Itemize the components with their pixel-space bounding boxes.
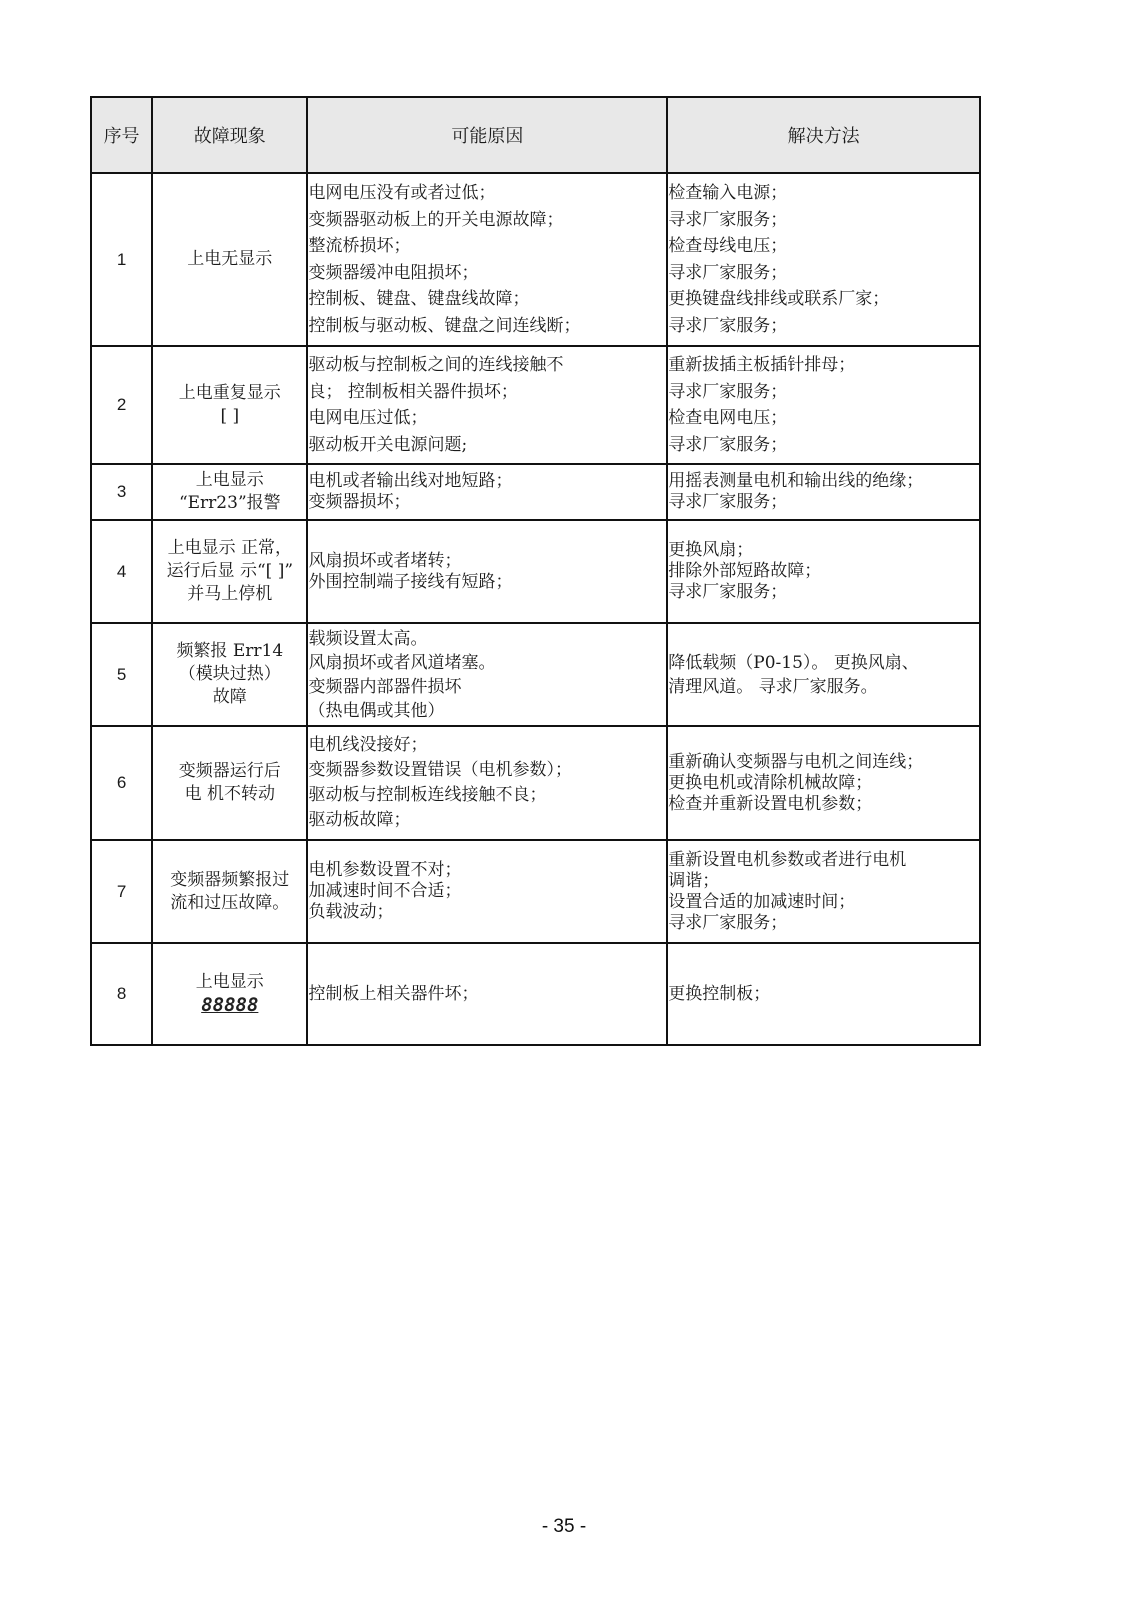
cause-line: 外围控制端子接线有短路； — [308, 572, 666, 593]
row-number: 1 — [91, 173, 152, 346]
row-number: 6 — [91, 726, 152, 840]
symptom-text: 变频器运行后 — [153, 760, 306, 783]
cause-cell: 驱动板与控制板之间的连线接触不 良； 控制板相关器件损坏； 电网电压过低； 驱动… — [307, 346, 667, 464]
cause-line: 风扇损坏或者堵转； — [308, 551, 666, 572]
symptom-text: [ ] — [153, 405, 306, 428]
solution-line: 重新确认变频器与电机之间连线； — [668, 752, 979, 773]
solution-line: 调谐； — [668, 871, 979, 892]
solution-cell: 用摇表测量电机和输出线的绝缘； 寻求厂家服务； — [667, 464, 980, 520]
header-solution: 解决方法 — [667, 97, 980, 173]
table-row: 2 上电重复显示 [ ] 驱动板与控制板之间的连线接触不 良； 控制板相关器件损… — [91, 346, 980, 464]
symptom-text: （模块过热） — [153, 663, 306, 686]
symptom-text: 并马上停机 — [153, 583, 306, 606]
solution-line: 寻求厂家服务； — [668, 913, 979, 934]
cause-line: 电机参数设置不对； — [308, 860, 666, 881]
cause-cell: 电机或者输出线对地短路； 变频器损坏； — [307, 464, 667, 520]
cause-line: 变频器内部器件损坏 — [308, 675, 666, 699]
cause-line: 电机线没接好； — [308, 733, 666, 758]
symptom-text: 上电显示 — [153, 971, 306, 994]
cause-line: 驱动板与控制板之间的连线接触不 — [308, 352, 666, 379]
cause-line: 驱动板与控制板连线接触不良； — [308, 783, 666, 808]
cause-line: 变频器参数设置错误（电机参数）； — [308, 758, 666, 783]
solution-cell: 更换风扇； 排除外部短路故障； 寻求厂家服务； — [667, 520, 980, 623]
table-header-row: 序号 故障现象 可能原因 解决方法 — [91, 97, 980, 173]
solution-line: 更换风扇； — [668, 540, 979, 561]
symptom-text: 上电无显示 — [187, 249, 272, 269]
cause-line: 变频器驱动板上的开关电源故障； — [308, 207, 666, 234]
solution-line: 更换键盘线排线或联系厂家； — [668, 286, 979, 313]
solution-line: 寻求厂家服务； — [668, 260, 979, 287]
solution-line: 寻求厂家服务； — [668, 432, 979, 459]
symptom-text: 电 机不转动 — [153, 783, 306, 806]
row-number: 8 — [91, 943, 152, 1045]
symptom-text: 流和过压故障。 — [153, 892, 306, 915]
table-row: 8 上电显示 88888 控制板上相关器件坏； 更换控制板； — [91, 943, 980, 1045]
row-number: 5 — [91, 623, 152, 726]
cause-line: 风扇损坏或者风道堵塞。 — [308, 651, 666, 675]
cause-line: 控制板上相关器件坏； — [308, 981, 666, 1008]
header-symptom: 故障现象 — [152, 97, 307, 173]
header-cause: 可能原因 — [307, 97, 667, 173]
symptom-text: 频繁报 Err14 — [153, 640, 306, 663]
cause-line: 电网电压过低； — [308, 405, 666, 432]
symptom-text: 上电显示 — [153, 469, 306, 492]
solution-line: 寻求厂家服务； — [668, 313, 979, 340]
symptom-text: 故障 — [153, 686, 306, 709]
symptom-cell: 变频器运行后 电 机不转动 — [152, 726, 307, 840]
table-row: 6 变频器运行后 电 机不转动 电机线没接好； 变频器参数设置错误（电机参数）；… — [91, 726, 980, 840]
table-row: 3 上电显示 “Err23”报警 电机或者输出线对地短路； 变频器损坏； 用摇表… — [91, 464, 980, 520]
solution-cell: 更换控制板； — [667, 943, 980, 1045]
header-no: 序号 — [91, 97, 152, 173]
symptom-text: “Err23”报警 — [153, 492, 306, 515]
cause-line: 电网电压没有或者过低； — [308, 180, 666, 207]
symptom-cell: 上电显示 88888 — [152, 943, 307, 1045]
cause-cell: 电机线没接好； 变频器参数设置错误（电机参数）； 驱动板与控制板连线接触不良； … — [307, 726, 667, 840]
solution-cell: 检查输入电源； 寻求厂家服务； 检查母线电压； 寻求厂家服务； 更换键盘线排线或… — [667, 173, 980, 346]
solution-line: 寻求厂家服务； — [668, 492, 979, 513]
symptom-cell: 上电无显示 — [152, 173, 307, 346]
solution-cell: 重新确认变频器与电机之间连线； 更换电机或清除机械故障； 检查并重新设置电机参数… — [667, 726, 980, 840]
cause-line: 良； 控制板相关器件损坏； — [308, 379, 666, 406]
row-number: 4 — [91, 520, 152, 623]
solution-line: 清理风道。 寻求厂家服务。 — [668, 675, 979, 699]
page-number: - 35 - — [0, 1516, 1128, 1538]
symptom-cell: 频繁报 Err14 （模块过热） 故障 — [152, 623, 307, 726]
symptom-text: 上电显示 正常， — [153, 537, 306, 560]
cause-line: 加减速时间不合适； — [308, 881, 666, 902]
solution-line: 重新拔插主板插针排母； — [668, 352, 979, 379]
row-number: 7 — [91, 840, 152, 943]
solution-line: 检查输入电源； — [668, 180, 979, 207]
solution-line: 用摇表测量电机和输出线的绝缘； — [668, 471, 979, 492]
cause-cell: 电网电压没有或者过低； 变频器驱动板上的开关电源故障； 整流桥损坏； 变频器缓冲… — [307, 173, 667, 346]
symptom-text: 运行后显 示“[ ]” — [153, 560, 306, 583]
symptom-cell: 上电显示 正常， 运行后显 示“[ ]” 并马上停机 — [152, 520, 307, 623]
solution-line: 检查母线电压； — [668, 233, 979, 260]
cause-line: 驱动板开关电源问题; — [308, 432, 666, 459]
solution-cell: 降低载频（P0-15）。 更换风扇、 清理风道。 寻求厂家服务。 — [667, 623, 980, 726]
cause-cell: 电机参数设置不对； 加减速时间不合适； 负载波动； — [307, 840, 667, 943]
cause-line: 驱动板故障； — [308, 808, 666, 833]
solution-line: 寻求厂家服务； — [668, 582, 979, 603]
solution-line: 寻求厂家服务； — [668, 207, 979, 234]
table-row: 7 变频器频繁报过 流和过压故障。 电机参数设置不对； 加减速时间不合适； 负载… — [91, 840, 980, 943]
solution-line: 重新设置电机参数或者进行电机 — [668, 850, 979, 871]
cause-line: （热电偶或其他） — [308, 699, 666, 723]
cause-line: 控制板、键盘、键盘线故障； — [308, 286, 666, 313]
cause-cell: 载频设置太高。 风扇损坏或者风道堵塞。 变频器内部器件损坏 （热电偶或其他） — [307, 623, 667, 726]
cause-cell: 风扇损坏或者堵转； 外围控制端子接线有短路； — [307, 520, 667, 623]
solution-line: 排除外部短路故障； — [668, 561, 979, 582]
cause-cell: 控制板上相关器件坏； — [307, 943, 667, 1045]
solution-line: 降低载频（P0-15）。 更换风扇、 — [668, 651, 979, 675]
solution-line: 检查电网电压； — [668, 405, 979, 432]
symptom-cell: 上电重复显示 [ ] — [152, 346, 307, 464]
cause-line: 电机或者输出线对地短路； — [308, 471, 666, 492]
solution-cell: 重新拔插主板插针排母； 寻求厂家服务； 检查电网电压； 寻求厂家服务； — [667, 346, 980, 464]
seven-segment-display-icon: 88888 — [201, 994, 258, 1017]
row-number: 2 — [91, 346, 152, 464]
solution-line: 寻求厂家服务； — [668, 379, 979, 406]
cause-line: 负载波动； — [308, 902, 666, 923]
table-row: 1 上电无显示 电网电压没有或者过低； 变频器驱动板上的开关电源故障； 整流桥损… — [91, 173, 980, 346]
cause-line: 控制板与驱动板、键盘之间连线断； — [308, 313, 666, 340]
cause-line: 整流桥损坏； — [308, 233, 666, 260]
fault-troubleshooting-table: 序号 故障现象 可能原因 解决方法 1 上电无显示 电网电压没有或者过低； 变频… — [90, 96, 981, 1046]
symptom-cell: 上电显示 “Err23”报警 — [152, 464, 307, 520]
symptom-text: 变频器频繁报过 — [153, 869, 306, 892]
table-row: 5 频繁报 Err14 （模块过热） 故障 载频设置太高。 风扇损坏或者风道堵塞… — [91, 623, 980, 726]
table-row: 4 上电显示 正常， 运行后显 示“[ ]” 并马上停机 风扇损坏或者堵转； 外… — [91, 520, 980, 623]
solution-line: 检查并重新设置电机参数； — [668, 794, 979, 815]
symptom-text: 上电重复显示 — [153, 382, 306, 405]
solution-line: 更换电机或清除机械故障； — [668, 773, 979, 794]
document-page: 序号 故障现象 可能原因 解决方法 1 上电无显示 电网电压没有或者过低； 变频… — [0, 0, 1128, 1600]
solution-line: 设置合适的加减速时间； — [668, 892, 979, 913]
cause-line: 载频设置太高。 — [308, 627, 666, 651]
cause-line: 变频器损坏； — [308, 492, 666, 513]
row-number: 3 — [91, 464, 152, 520]
symptom-cell: 变频器频繁报过 流和过压故障。 — [152, 840, 307, 943]
cause-line: 变频器缓冲电阻损坏； — [308, 260, 666, 287]
solution-cell: 重新设置电机参数或者进行电机 调谐； 设置合适的加减速时间； 寻求厂家服务； — [667, 840, 980, 943]
solution-line: 更换控制板； — [668, 981, 979, 1008]
